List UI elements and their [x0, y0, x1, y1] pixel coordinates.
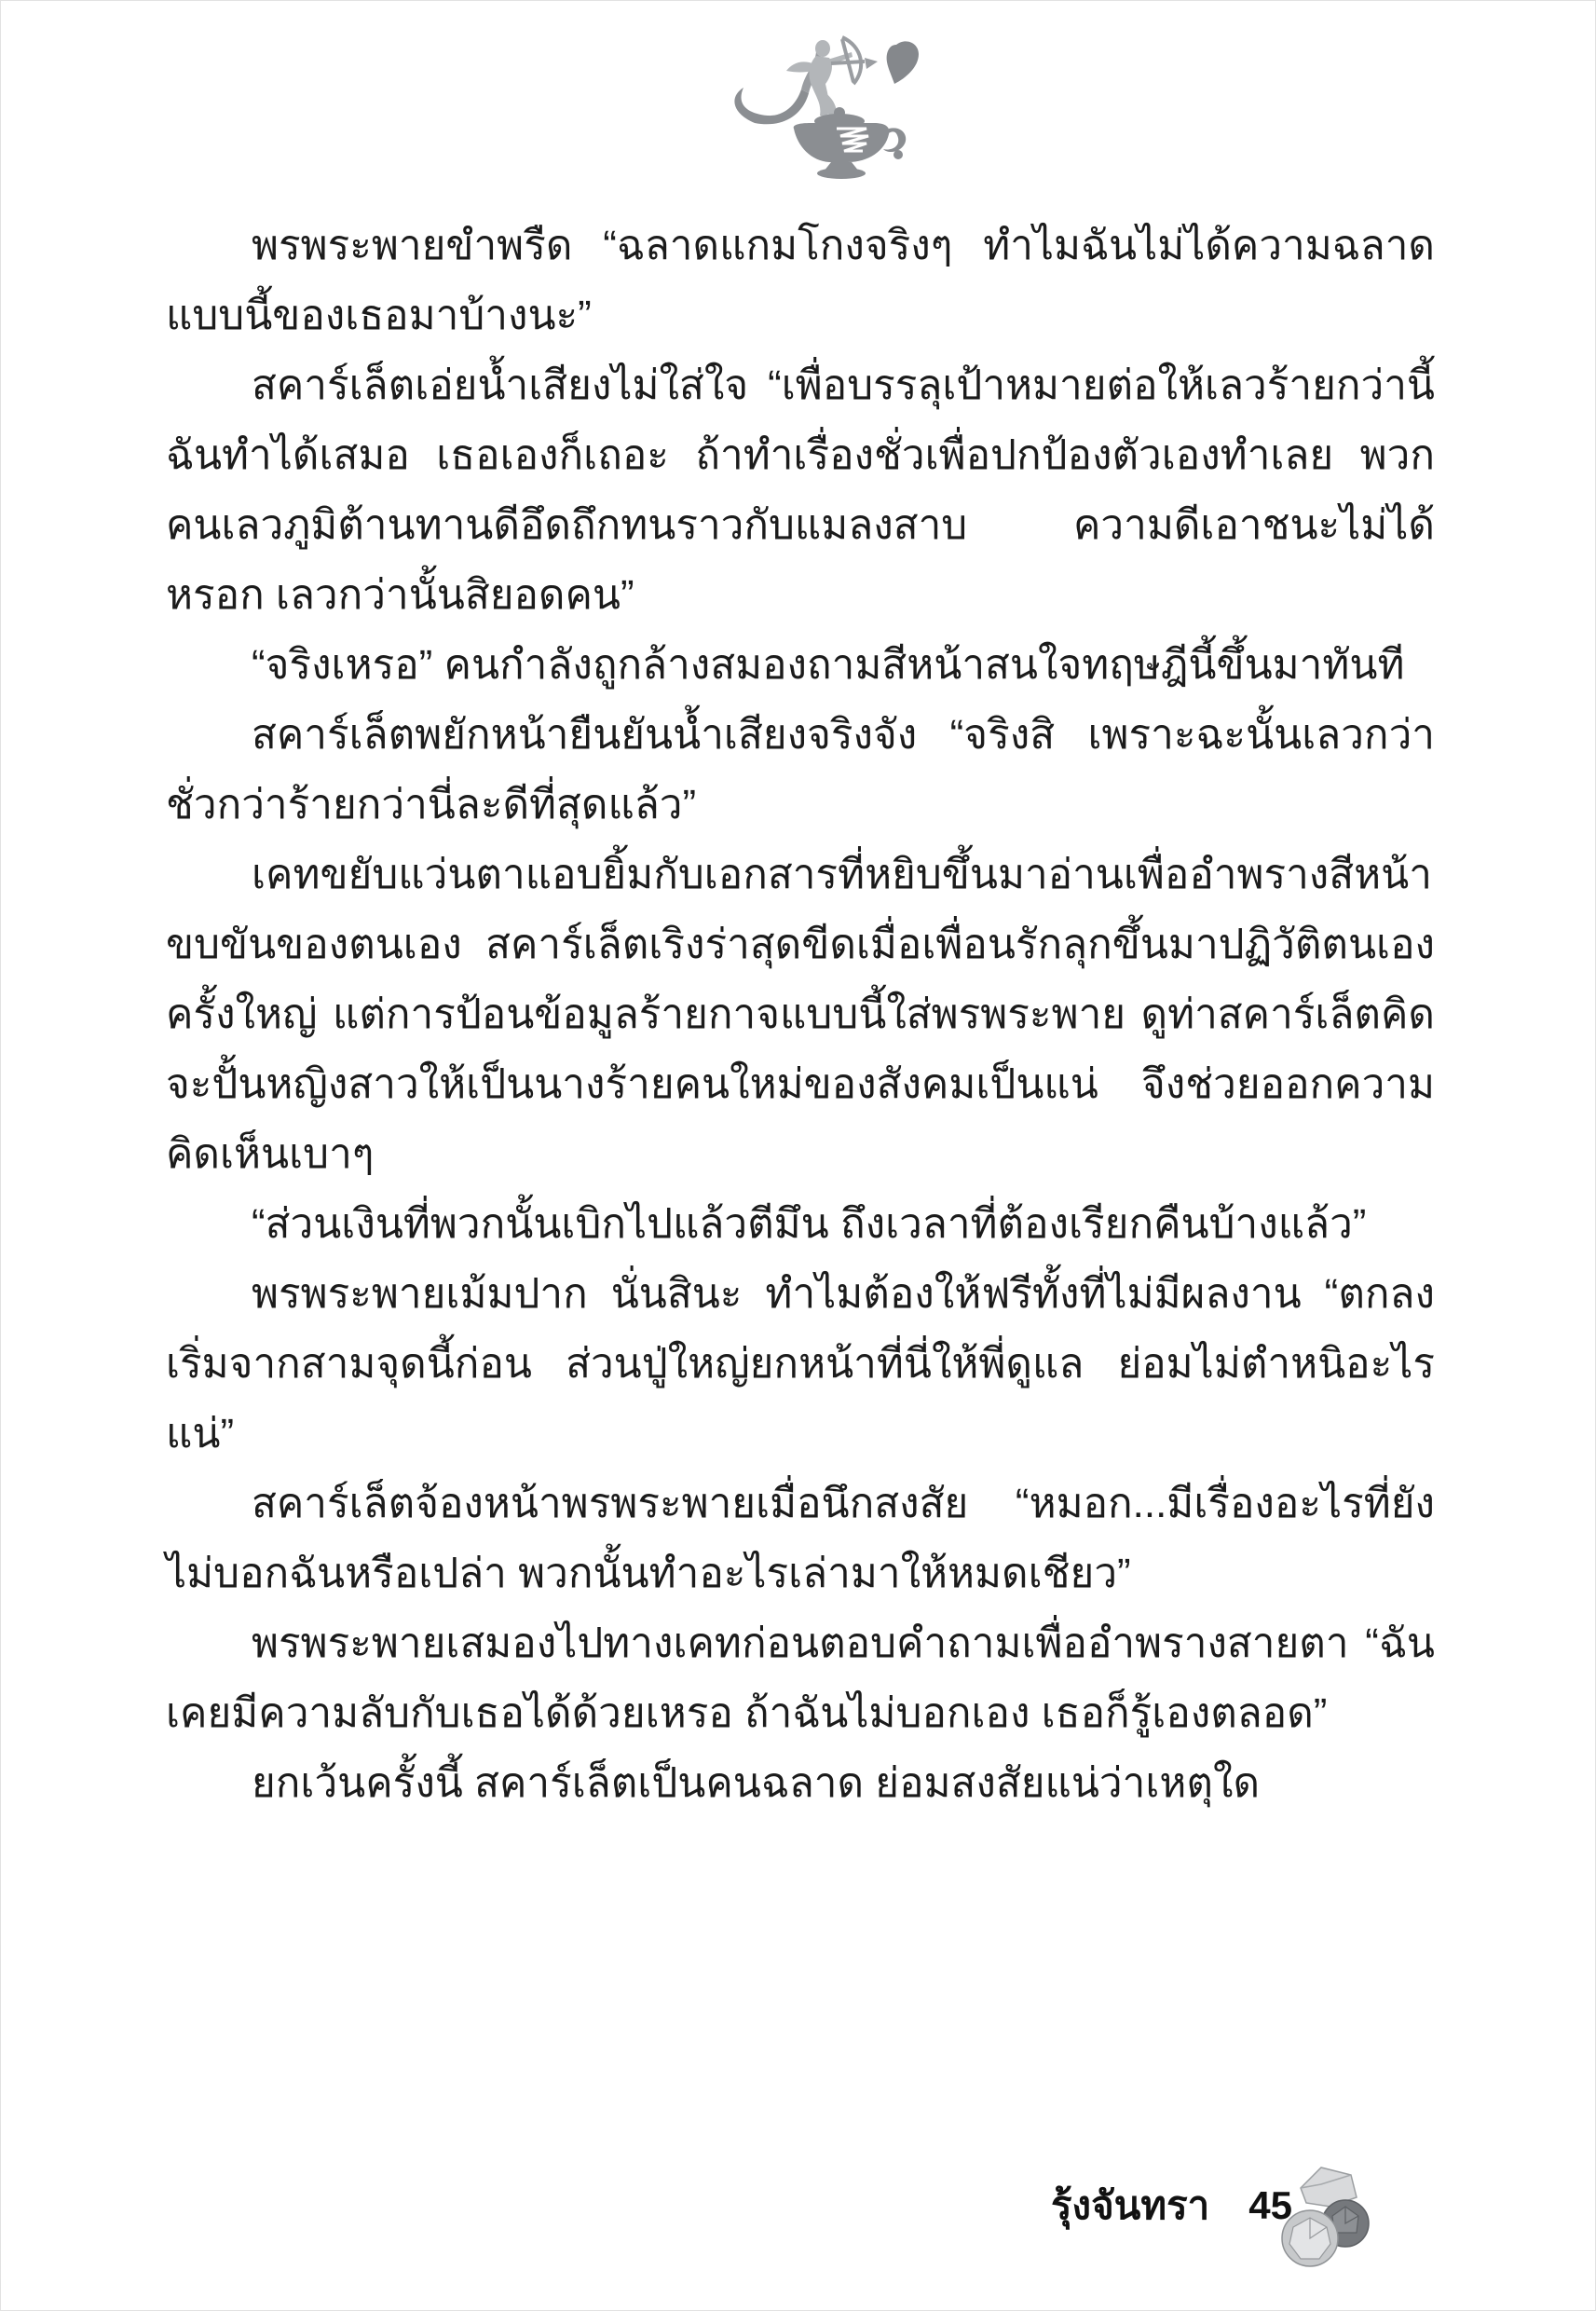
paragraph: สคาร์เล็ตพยักหน้ายืนยันน้ำเสียงจริงจัง “… — [166, 700, 1435, 840]
paragraph: สคาร์เล็ตจ้องหน้าพรพระพายเมื่อนึกสงสัย “… — [166, 1469, 1435, 1608]
paragraph: สคาร์เล็ตเอ่ยน้ำเสียงไม่ใส่ใจ “เพื่อบรรล… — [166, 350, 1435, 630]
paragraph: พรพระพายขำพรืด “ฉลาดแกมโกงจริงๆ ทำไมฉันไ… — [166, 211, 1435, 350]
paragraph: พรพระพายเม้มปาก นั่นสินะ ทำไมต้องให้ฟรีท… — [166, 1259, 1435, 1469]
cupid-genie-lamp-icon — [727, 32, 922, 181]
paragraph: “ส่วนเงินที่พวกนั้นเบิกไปแล้วตีมึน ถึงเว… — [166, 1189, 1435, 1259]
gems-icon — [1273, 2166, 1370, 2276]
paragraph: “จริงเหรอ” คนกำลังถูกล้างสมองถามสีหน้าสน… — [166, 630, 1435, 700]
paragraph: เคทขยับแว่นตาแอบยิ้มกับเอกสารที่หยิบขึ้น… — [166, 840, 1435, 1189]
running-footer: รุ้งจันทรา45 — [1051, 2175, 1292, 2236]
paragraph: พรพระพายเสมองไปทางเคทก่อนตอบคำถามเพื่ออำ… — [166, 1608, 1435, 1748]
book-title: รุ้งจันทรา — [1051, 2183, 1209, 2227]
book-page: พรพระพายขำพรืด “ฉลาดแกมโกงจริงๆ ทำไมฉันไ… — [0, 0, 1596, 2311]
body-text: พรพระพายขำพรืด “ฉลาดแกมโกงจริงๆ ทำไมฉันไ… — [166, 211, 1435, 1818]
page-footer: รุ้งจันทรา45 — [0, 2160, 1596, 2290]
paragraph: ยกเว้นครั้งนี้ สคาร์เล็ตเป็นคนฉลาด ย่อมส… — [166, 1748, 1435, 1818]
